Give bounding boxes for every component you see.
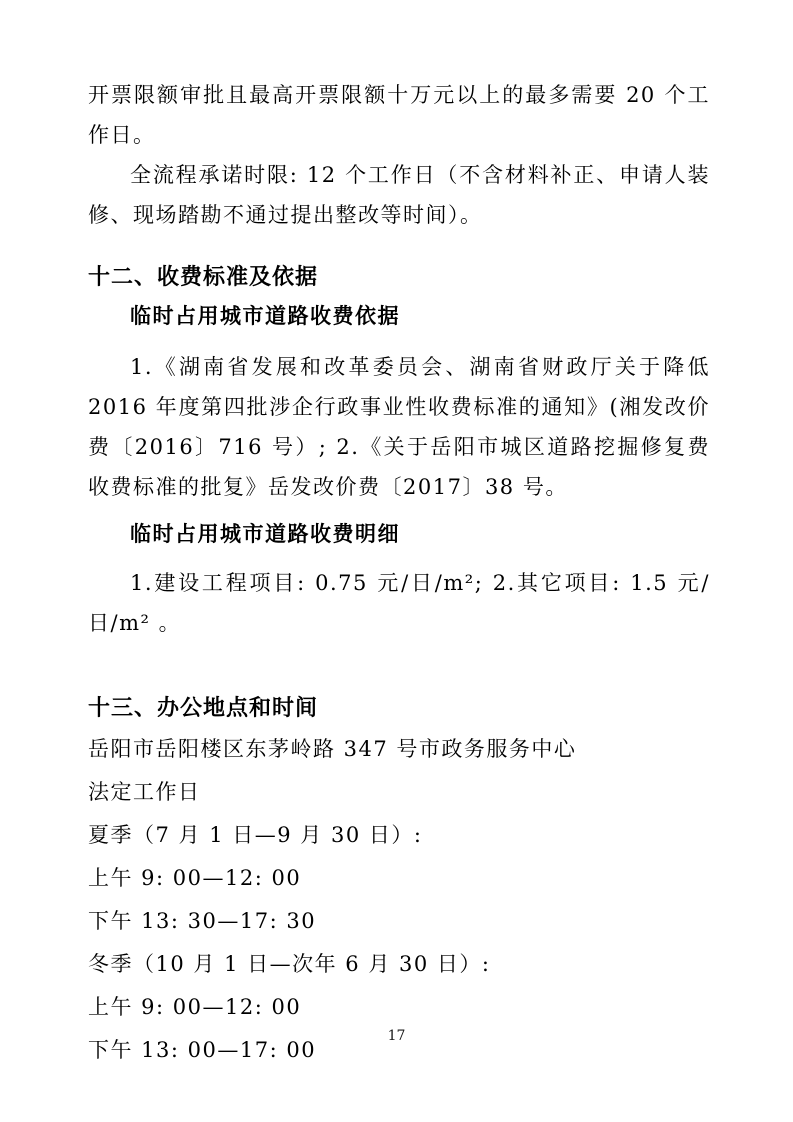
fee-basis-subheading: 临时占用城市道路收费依据 — [88, 297, 710, 337]
winter-morning-hours: 上午 9: 00—12: 00 — [88, 986, 710, 1029]
summer-schedule-label: 夏季（7 月 1 日—9 月 30 日）: — [88, 814, 710, 857]
document-page: 开票限额审批且最高开票限额十万元以上的最多需要 20 个工作日。 全流程承诺时限… — [0, 0, 793, 1122]
office-address: 岳阳市岳阳楼区东茅岭路 347 号市政务服务中心 — [88, 728, 710, 771]
summer-afternoon-hours: 下午 13: 30—17: 30 — [88, 900, 710, 943]
fee-detail-subheading: 临时占用城市道路收费明细 — [88, 515, 710, 555]
page-content: 开票限额审批且最高开票限额十万元以上的最多需要 20 个工作日。 全流程承诺时限… — [88, 75, 710, 1072]
fee-detail-paragraph: 1.建设工程项目: 0.75 元/日/m²; 2.其它项目: 1.5 元/日/m… — [88, 563, 710, 643]
continued-paragraph: 开票限额审批且最高开票限额十万元以上的最多需要 20 个工作日。 — [88, 75, 710, 155]
fee-basis-paragraph: 1.《湖南省发展和改革委员会、湖南省财政厅关于降低 2016 年度第四批涉企行政… — [88, 347, 710, 507]
summer-morning-hours: 上午 9: 00—12: 00 — [88, 857, 710, 900]
section-12-heading: 十二、收费标准及依据 — [88, 257, 710, 297]
workdays-line: 法定工作日 — [88, 771, 710, 814]
section-13-heading: 十三、办公地点和时间 — [88, 688, 710, 728]
commitment-paragraph: 全流程承诺时限: 12 个工作日（不含材料补正、申请人装修、现场踏勘不通过提出整… — [88, 155, 710, 235]
page-number: 17 — [0, 1028, 793, 1044]
winter-schedule-label: 冬季（10 月 1 日—次年 6 月 30 日）: — [88, 943, 710, 986]
